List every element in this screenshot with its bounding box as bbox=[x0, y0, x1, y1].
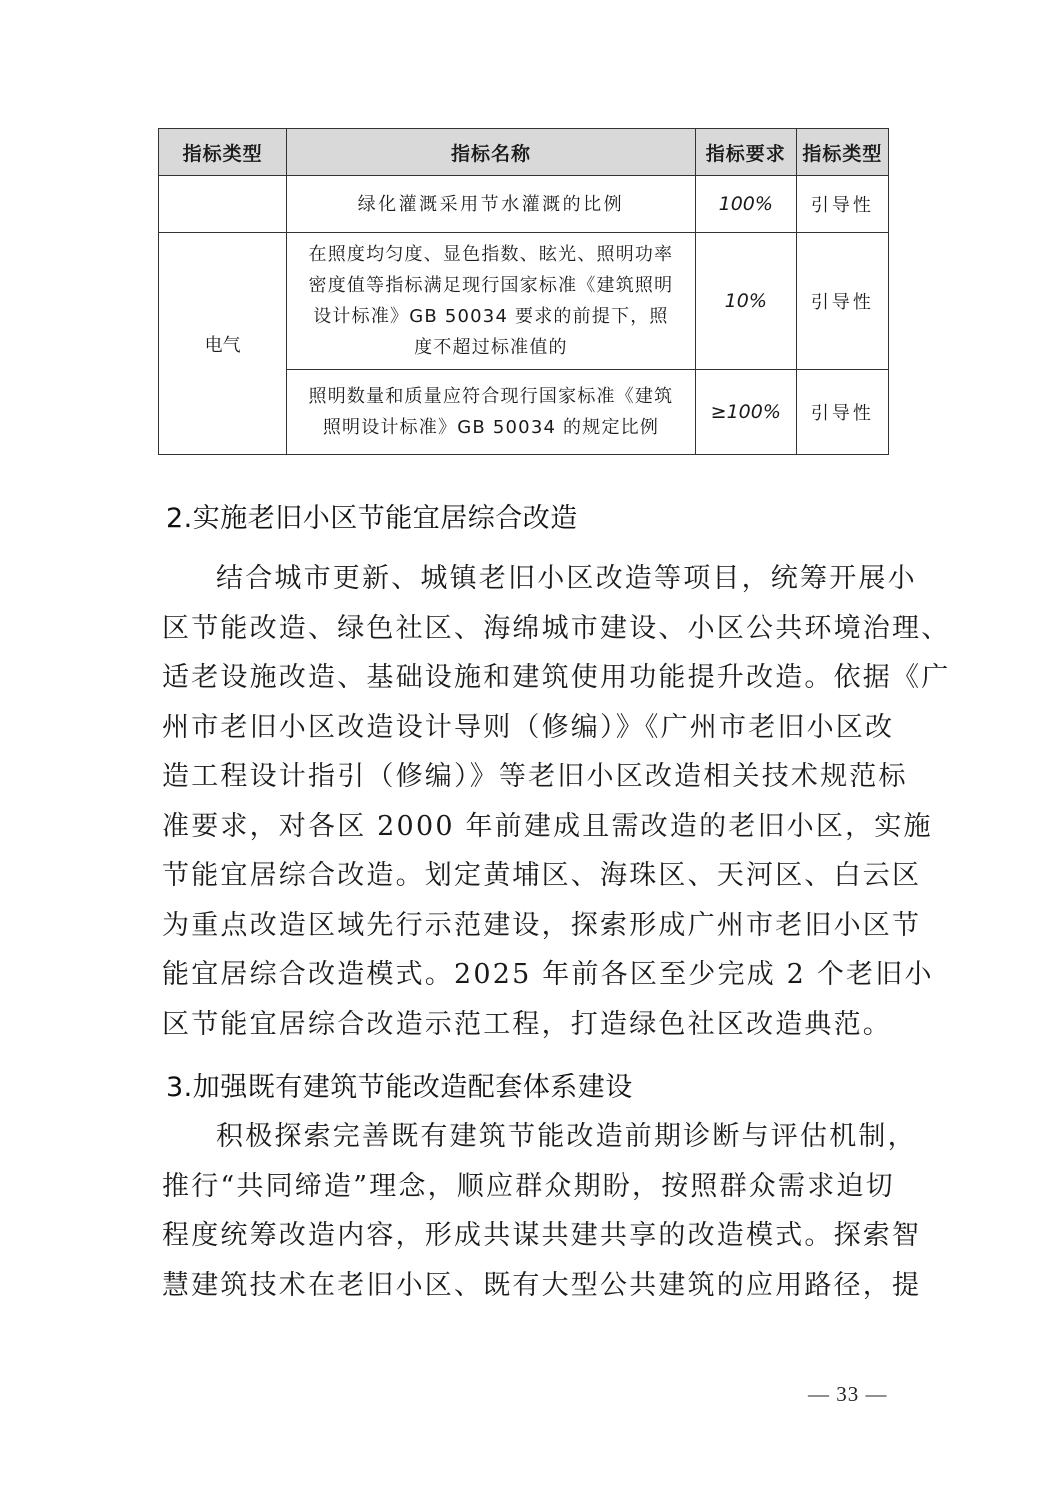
paragraph-line: 区节能宜居综合改造示范工程，打造绿色社区改造典范。 bbox=[162, 1000, 889, 1050]
cell-name-line: 度不超过标准值的 bbox=[287, 332, 695, 363]
paragraph-line: 适老设施改造、基础设施和建筑使用功能提升改造。依据《广 bbox=[162, 653, 889, 703]
cell-kind: 引导性 bbox=[796, 176, 888, 233]
table-header-row: 指标类型 指标名称 指标要求 指标类型 bbox=[159, 129, 889, 176]
section-2-paragraph: 结合城市更新、城镇老旧小区改造等项目，统筹开展小 区节能改造、绿色社区、海绵城市… bbox=[162, 554, 889, 1049]
cell-name-line: 在照度均匀度、显色指数、眩光、照明功率 bbox=[287, 239, 695, 270]
cell-name-line: 密度值等指标满足现行国家标准《建筑照明 bbox=[287, 270, 695, 301]
paragraph-line: 推行“共同缔造”理念，顺应群众期盼，按照群众需求迫切 bbox=[162, 1162, 889, 1212]
cell-name: 照明数量和质量应符合现行国家标准《建筑 照明设计标准》GB 50034 的规定比… bbox=[287, 370, 696, 455]
cell-kind: 引导性 bbox=[796, 233, 888, 370]
table-row: 电气 在照度均匀度、显色指数、眩光、照明功率 密度值等指标满足现行国家标准《建筑… bbox=[159, 233, 889, 370]
table-row: 绿化灌溉采用节水灌溉的比例 100% 引导性 bbox=[159, 176, 889, 233]
paragraph-line: 区节能改造、绿色社区、海绵城市建设、小区公共环境治理、 bbox=[162, 604, 889, 654]
section-3-paragraph: 积极探索完善既有建筑节能改造前期诊断与评估机制， 推行“共同缔造”理念，顺应群众… bbox=[162, 1112, 889, 1310]
page-number: — 33 — bbox=[808, 1382, 888, 1407]
cell-kind: 引导性 bbox=[796, 370, 888, 455]
cell-requirement: 10% bbox=[695, 233, 796, 370]
header-indicator-requirement: 指标要求 bbox=[695, 129, 796, 176]
indicator-table: 指标类型 指标名称 指标要求 指标类型 绿化灌溉采用节水灌溉的比例 100% 引… bbox=[158, 128, 889, 455]
cell-name-line: 照明数量和质量应符合现行国家标准《建筑 bbox=[287, 381, 695, 412]
cell-requirement: 100% bbox=[695, 176, 796, 233]
header-indicator-kind: 指标类型 bbox=[796, 129, 888, 176]
section-heading-3: 3.加强既有建筑节能改造配套体系建设 bbox=[166, 1065, 633, 1104]
cell-type-electrical: 电气 bbox=[159, 233, 287, 455]
cell-name-line: 照明设计标准》GB 50034 的规定比例 bbox=[287, 412, 695, 443]
document-page: 指标类型 指标名称 指标要求 指标类型 绿化灌溉采用节水灌溉的比例 100% 引… bbox=[0, 0, 1050, 1485]
section-heading-2: 2.实施老旧小区节能宜居综合改造 bbox=[166, 496, 578, 535]
paragraph-line: 能宜居综合改造模式。2025 年前各区至少完成 2 个老旧小 bbox=[162, 950, 889, 1000]
paragraph-line: 结合城市更新、城镇老旧小区改造等项目，统筹开展小 bbox=[162, 554, 889, 604]
paragraph-line: 州市老旧小区改造设计导则（修编）》《广州市老旧小区改 bbox=[162, 703, 889, 753]
paragraph-line: 程度统筹改造内容，形成共谋共建共享的改造模式。探索智 bbox=[162, 1211, 889, 1261]
paragraph-line: 准要求，对各区 2000 年前建成且需改造的老旧小区，实施 bbox=[162, 802, 889, 852]
paragraph-line: 慧建筑技术在老旧小区、既有大型公共建筑的应用路径，提 bbox=[162, 1261, 889, 1311]
header-indicator-name: 指标名称 bbox=[287, 129, 696, 176]
paragraph-line: 为重点改造区域先行示范建设，探索形成广州市老旧小区节 bbox=[162, 901, 889, 951]
cell-type bbox=[159, 176, 287, 233]
paragraph-line: 节能宜居综合改造。划定黄埔区、海珠区、天河区、白云区 bbox=[162, 851, 889, 901]
paragraph-line: 积极探索完善既有建筑节能改造前期诊断与评估机制， bbox=[162, 1112, 889, 1162]
cell-requirement: ≥100% bbox=[695, 370, 796, 455]
cell-name-line: 设计标准》GB 50034 要求的前提下，照 bbox=[287, 301, 695, 332]
header-indicator-type: 指标类型 bbox=[159, 129, 287, 176]
cell-name: 绿化灌溉采用节水灌溉的比例 bbox=[287, 176, 696, 233]
cell-name: 在照度均匀度、显色指数、眩光、照明功率 密度值等指标满足现行国家标准《建筑照明 … bbox=[287, 233, 696, 370]
paragraph-line: 造工程设计指引（修编）》等老旧小区改造相关技术规范标 bbox=[162, 752, 889, 802]
